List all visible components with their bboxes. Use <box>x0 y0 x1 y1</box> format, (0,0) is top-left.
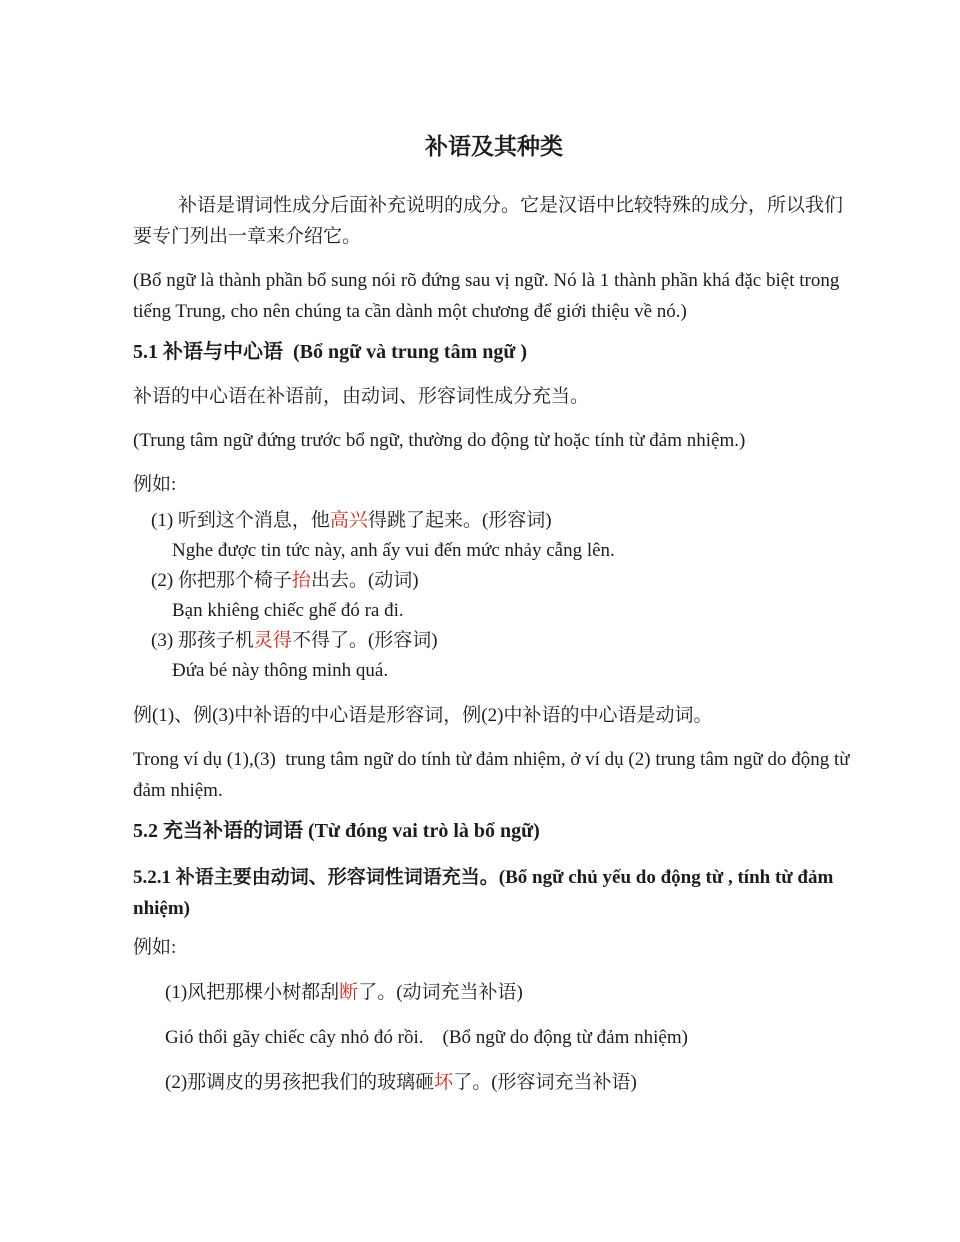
example-521-2-text-run: 那调皮的男孩把我们的玻璃砸 <box>187 1072 434 1093</box>
example-3-text-run: 不得了。(形容词) <box>292 630 438 651</box>
section-5-1-body-vi: (Trung tâm ngữ đứng trước bổ ngữ, thường… <box>133 425 855 456</box>
section-5-1-example-label: 例如: <box>133 469 855 500</box>
example-521-2-text-run: 了。(形容词充当补语) <box>453 1072 637 1093</box>
example-2-line-vi: Bạn khiêng chiếc ghế đó ra đi. <box>133 596 855 626</box>
example-1-highlight-run: 高兴 <box>330 510 368 531</box>
example-2-highlight-run: 抬 <box>292 570 311 591</box>
example-2-number: (2) <box>151 570 178 591</box>
example-1-text-run: 得跳了起来。(形容词) <box>368 510 552 531</box>
example-521-2-line-cn: (2)那调皮的男孩把我们的玻璃砸坏了。(形容词充当补语) <box>133 1067 855 1098</box>
example-3-line-cn: (3) 那孩子机灵得不得了。(形容词) <box>133 626 855 656</box>
example-1-line-cn: (1) 听到这个消息，他高兴得跳了起来。(形容词) <box>133 506 855 536</box>
example-521-1-highlight-run: 断 <box>339 982 358 1003</box>
section-5-1-summary-vi: Trong ví dụ (1),(3) trung tâm ngữ do tín… <box>133 744 855 806</box>
document-page: 补语及其种类 补语是谓词性成分后面补充说明的成分。它是汉语中比较特殊的成分，所以… <box>0 0 960 1242</box>
example-1-line-vi: Nghe được tin tức này, anh ấy vui đến mứ… <box>133 536 855 566</box>
example-2-text-run: 你把那个椅子 <box>178 570 292 591</box>
intro-paragraph-vi: (Bổ ngữ là thành phần bổ sung nói rõ đứn… <box>133 265 855 327</box>
example-2-line-cn: (2) 你把那个椅子抬出去。(动词) <box>133 566 855 596</box>
section-5-2-1-heading: 5.2.1 补语主要由动词、形容词性词语充当。(Bổ ngữ chủ yếu d… <box>133 862 855 924</box>
example-3-text-run: 那孩子机 <box>178 630 254 651</box>
example-521-1-text-run: 风把那棵小树都刮 <box>187 982 339 1003</box>
example-2-text-run: 出去。(动词) <box>311 570 419 591</box>
page-title: 补语及其种类 <box>133 132 855 162</box>
example-521-1-line-cn: (1)风把那棵小树都刮断了。(动词充当补语) <box>133 977 855 1008</box>
section-5-1-example-list: (1) 听到这个消息，他高兴得跳了起来。(形容词) Nghe được tin … <box>133 506 855 686</box>
intro-paragraph-cn: 补语是谓词性成分后面补充说明的成分。它是汉语中比较特殊的成分，所以我们要专门列出… <box>133 190 855 252</box>
example-3-line-vi: Đứa bé này thông minh quá. <box>133 656 855 686</box>
example-1-number: (1) <box>151 510 178 531</box>
example-521-2-highlight-run: 坏 <box>434 1072 453 1093</box>
example-521-1-number: (1) <box>165 982 187 1003</box>
example-521-1-text-run: 了。(动词充当补语) <box>358 982 523 1003</box>
example-521-2-number: (2) <box>165 1072 187 1093</box>
section-5-2-heading: 5.2 充当补语的词语 (Từ đóng vai trò là bổ ngữ) <box>133 819 855 844</box>
section-5-1-body-cn: 补语的中心语在补语前，由动词、形容词性成分充当。 <box>133 381 855 412</box>
example-1-text-run: 听到这个消息，他 <box>178 510 330 531</box>
section-5-1-heading: 5.1 补语与中心语 (Bổ ngữ và trung tâm ngữ ) <box>133 340 855 365</box>
section-5-2-example-list: (1)风把那棵小树都刮断了。(动词充当补语) Gió thổi gãy chiế… <box>133 977 855 1098</box>
section-5-1-summary-cn: 例(1)、例(3)中补语的中心语是形容词，例(2)中补语的中心语是动词。 <box>133 700 855 731</box>
example-521-1-line-vi: Gió thổi gãy chiếc cây nhỏ đó rồi. (Bổ n… <box>133 1022 855 1053</box>
example-3-number: (3) <box>151 630 178 651</box>
example-3-highlight-run: 灵得 <box>254 630 292 651</box>
section-5-2-example-label: 例如: <box>133 932 855 963</box>
